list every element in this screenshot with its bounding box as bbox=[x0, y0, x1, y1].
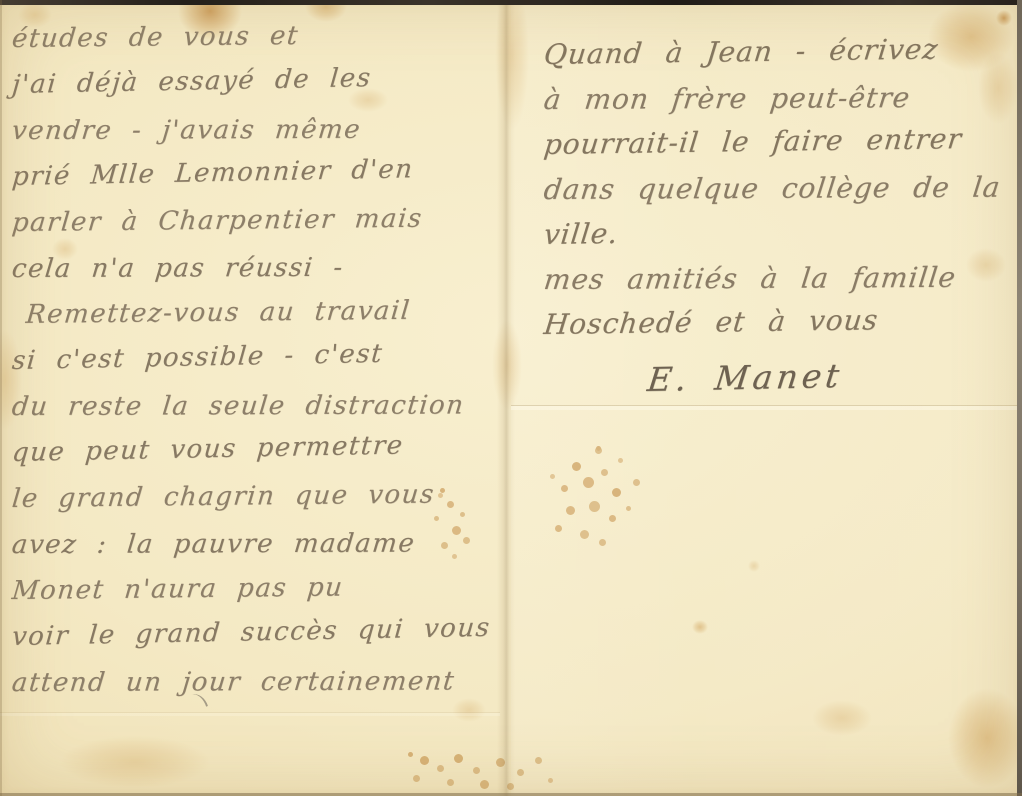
letter-line: dans quelque collège de la bbox=[541, 165, 1017, 212]
foxing-speckle-cluster bbox=[596, 446, 601, 451]
letter-line: j'ai déjà essayé de les bbox=[10, 52, 511, 108]
signature: E. Manet bbox=[645, 356, 845, 399]
scan-edge-right bbox=[1017, 0, 1022, 796]
foxing-stain bbox=[748, 560, 760, 572]
letter-line: mes amitiés à la famille bbox=[541, 255, 1017, 302]
letter-line: que peut vous permettre bbox=[10, 420, 511, 476]
letter-line: ville. bbox=[542, 205, 1018, 257]
letter-line: attend un jour certainement bbox=[10, 658, 511, 706]
letter-page-right: Quand à Jean - écrivez à mon frère peut-… bbox=[544, 32, 1014, 347]
letter-line: parler à Charpentier mais bbox=[10, 195, 511, 246]
letter-line: à mon frère peut-être bbox=[541, 75, 1017, 122]
letter-line: pourrait-il le faire entrer bbox=[542, 115, 1018, 167]
letter-scan: études de vous et j'ai déjà essayé de le… bbox=[0, 0, 1022, 796]
scan-edge-left bbox=[0, 0, 2, 796]
letter-line: Quand à Jean - écrivez bbox=[542, 25, 1018, 77]
letter-line: si c'est possible - c'est bbox=[10, 328, 511, 384]
foxing-stain bbox=[692, 620, 708, 634]
foxing-stain bbox=[60, 736, 210, 788]
horizontal-crease-right bbox=[511, 405, 1022, 410]
letter-line: le grand chagrin que vous bbox=[10, 471, 511, 522]
letter-page-left: études de vous et j'ai déjà essayé de le… bbox=[12, 16, 508, 706]
foxing-stain bbox=[948, 688, 1022, 788]
scan-edge-top bbox=[0, 0, 1022, 5]
foxing-speckle-cluster bbox=[408, 752, 413, 757]
letter-line: avez : la pauvre madame bbox=[10, 520, 511, 568]
foxing-stain bbox=[996, 10, 1012, 26]
horizontal-crease-left bbox=[0, 712, 500, 716]
letter-line: Hoschedé et à vous bbox=[542, 295, 1018, 347]
letter-line: prié Mlle Lemonnier d'en bbox=[10, 144, 511, 200]
letter-line: cela n'a pas réussi - bbox=[10, 244, 511, 292]
foxing-stain bbox=[812, 700, 872, 736]
letter-line: voir le grand succès qui vous bbox=[10, 604, 511, 660]
